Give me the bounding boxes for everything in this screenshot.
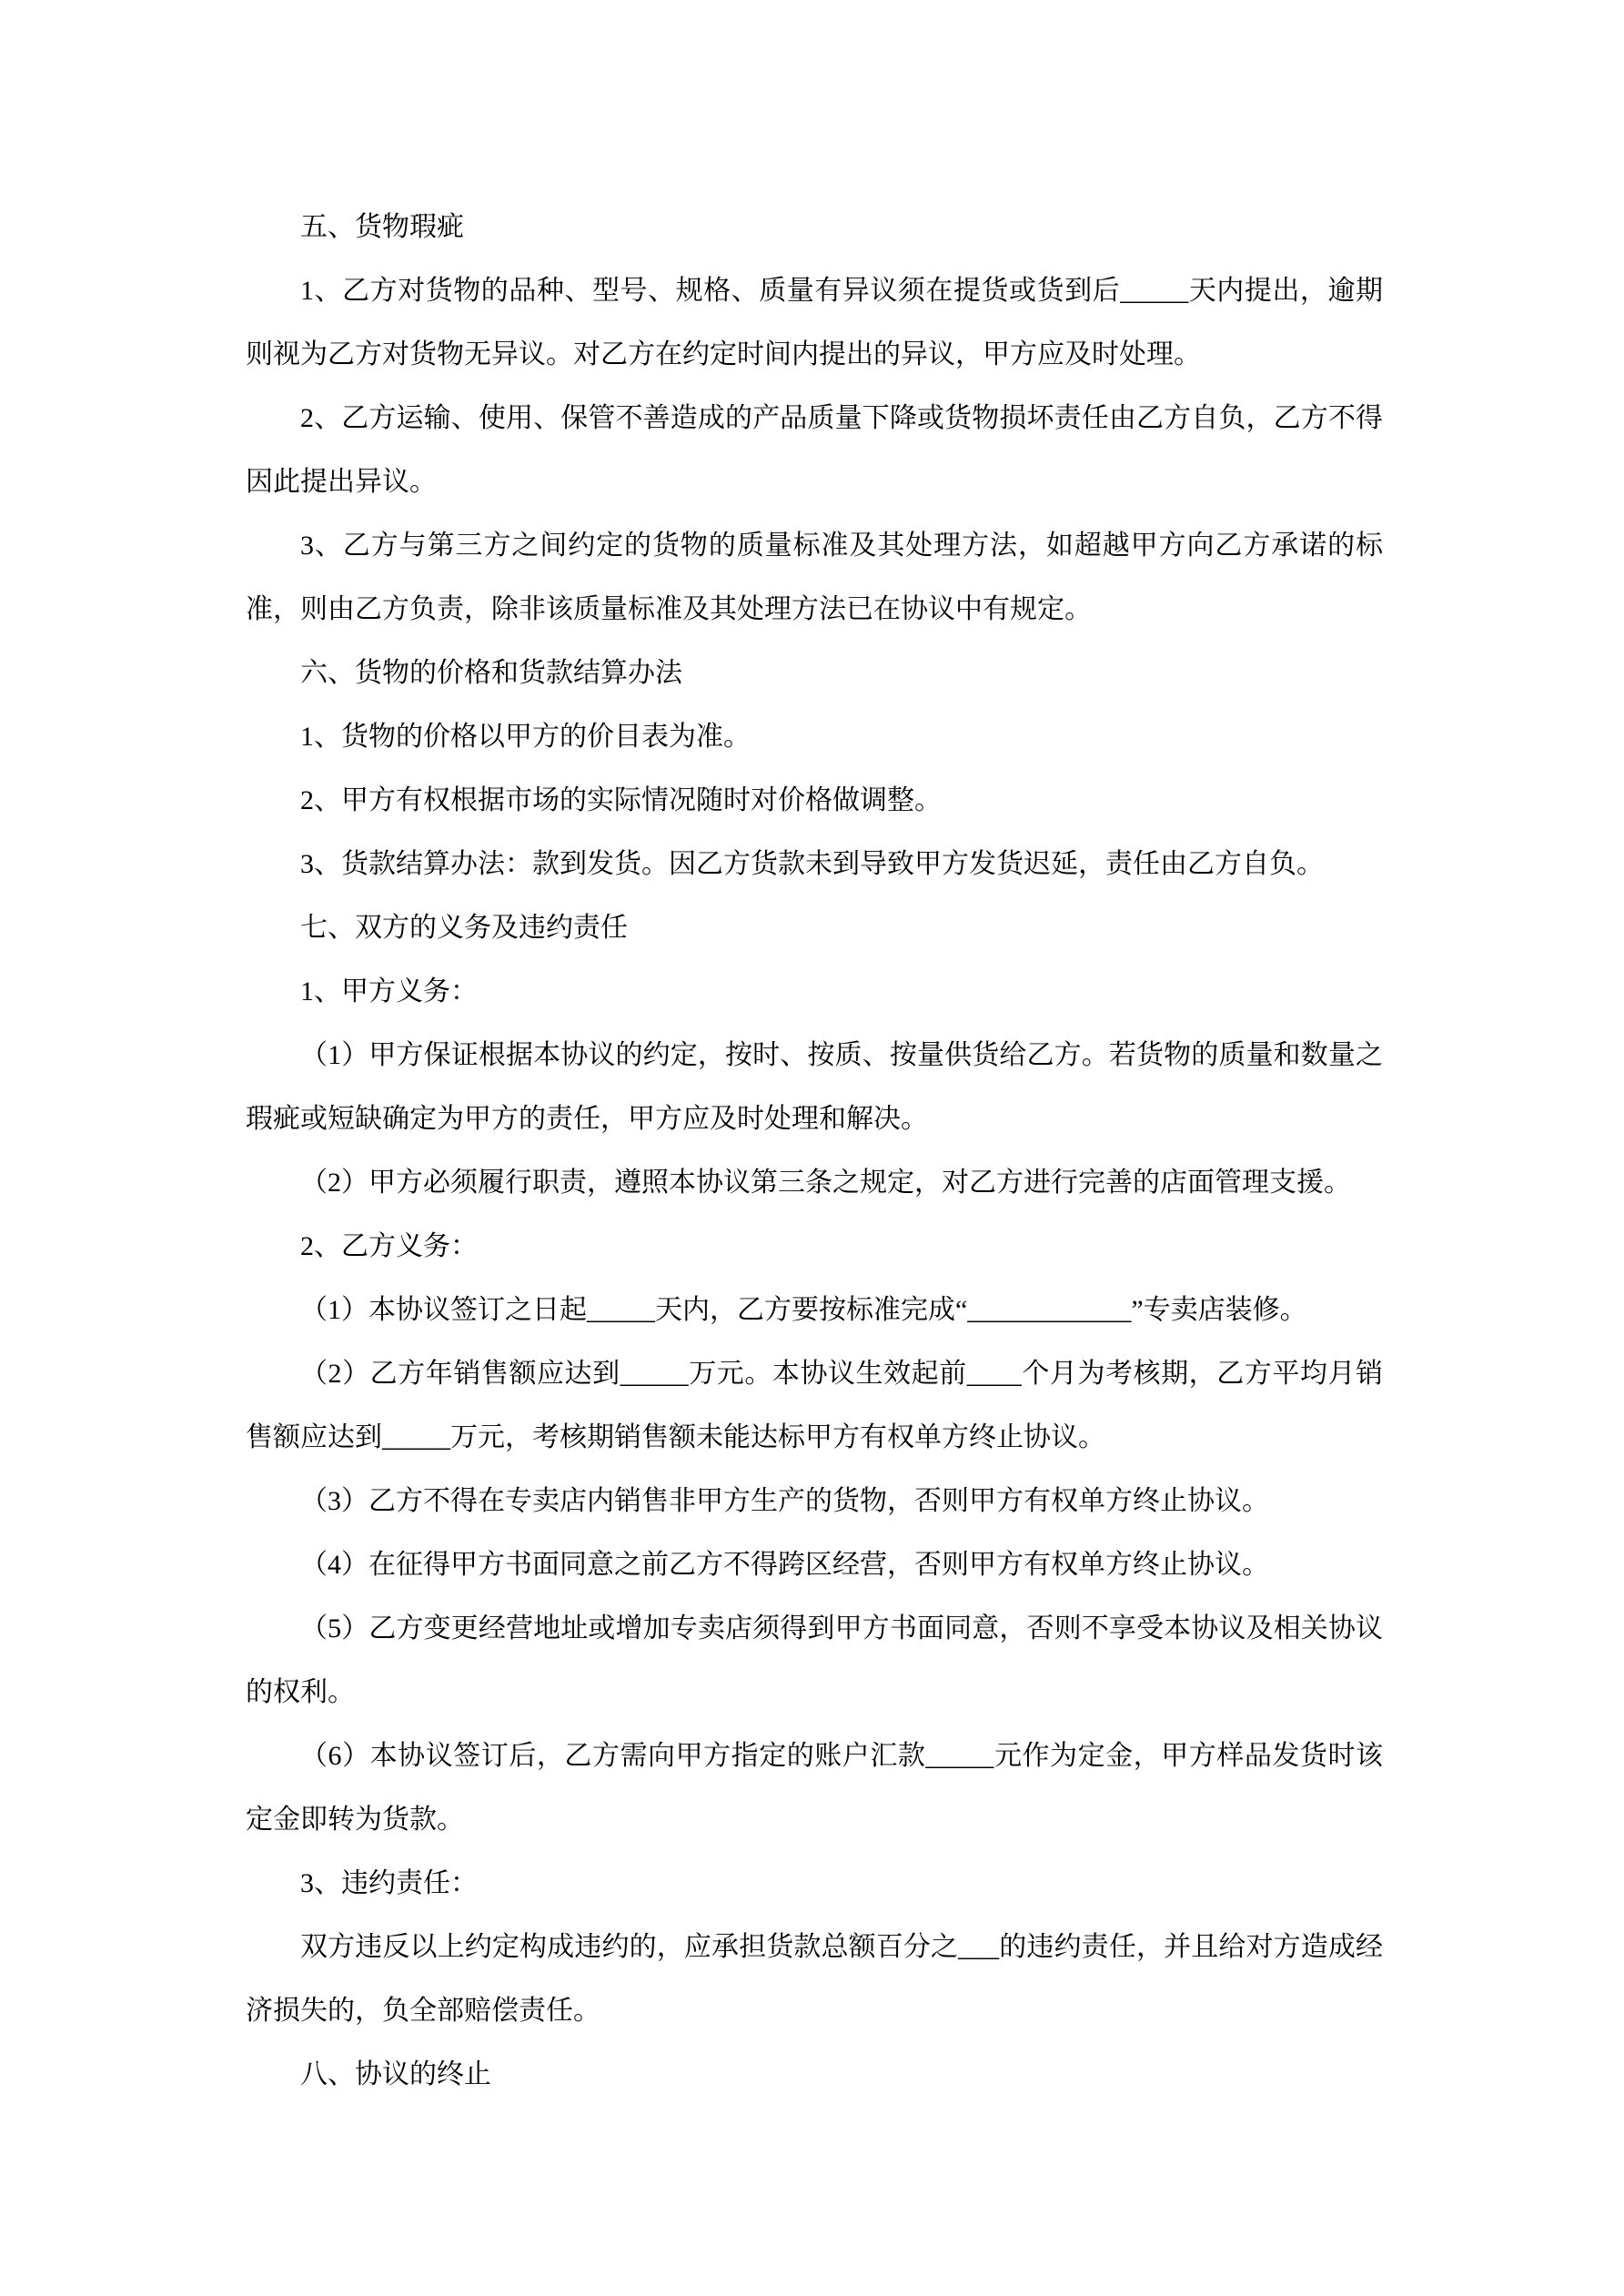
section-goods-defects: 五、货物瑕疵 1、乙方对货物的品种、型号、规格、质量有异议须在提货或货到后___… [246,196,1383,642]
contract-clause: 3、货款结算办法：款到发货。因乙方货款未到导致甲方发货迟延，责任由乙方自负。 [246,833,1383,896]
contract-clause: （1）甲方保证根据本协议的约定，按时、按质、按量供货给乙方。若货物的质量和数量之… [246,1024,1383,1151]
contract-clause: （2）甲方必须履行职责，遵照本协议第三条之规定，对乙方进行完善的店面管理支援。 [246,1151,1383,1215]
section-heading: 五、货物瑕疵 [246,196,1383,259]
contract-clause: （6）本协议签订后，乙方需向甲方指定的账户汇款_____元作为定金，甲方样品发货… [246,1725,1383,1852]
contract-clause: 1、乙方对货物的品种、型号、规格、质量有异议须在提货或货到后_____天内提出，… [246,259,1383,387]
section-heading: 六、货物的价格和货款结算办法 [246,642,1383,705]
section-heading: 八、协议的终止 [246,2043,1383,2107]
section-obligations-liability: 七、双方的义务及违约责任 1、甲方义务： （1）甲方保证根据本协议的约定，按时、… [246,896,1383,2043]
contract-clause: 双方违反以上约定构成违约的，应承担货款总额百分之___的违约责任，并且给对方造成… [246,1916,1383,2043]
contract-clause: 1、甲方义务： [246,960,1383,1024]
contract-clause: 1、货物的价格以甲方的价目表为准。 [246,705,1383,769]
contract-clause: （3）乙方不得在专卖店内销售非甲方生产的货物，否则甲方有权单方终止协议。 [246,1470,1383,1533]
contract-clause: 2、乙方运输、使用、保管不善造成的产品质量下降或货物损坏责任由乙方自负，乙方不得… [246,387,1383,514]
contract-clause: 2、甲方有权根据市场的实际情况随时对价格做调整。 [246,769,1383,833]
contract-clause: 2、乙方义务： [246,1215,1383,1279]
section-price-settlement: 六、货物的价格和货款结算办法 1、货物的价格以甲方的价目表为准。 2、甲方有权根… [246,642,1383,896]
contract-clause: （2）乙方年销售额应达到_____万元。本协议生效起前____个月为考核期，乙方… [246,1342,1383,1470]
contract-clause: 3、乙方与第三方之间约定的货物的质量标准及其处理方法，如超越甲方向乙方承诺的标准… [246,514,1383,642]
section-termination: 八、协议的终止 [246,2043,1383,2107]
contract-clause: （5）乙方变更经营地址或增加专卖店须得到甲方书面同意，否则不享受本协议及相关协议… [246,1597,1383,1725]
contract-clause: （4）在征得甲方书面同意之前乙方不得跨区经营，否则甲方有权单方终止协议。 [246,1533,1383,1597]
document-page: 五、货物瑕疵 1、乙方对货物的品种、型号、规格、质量有异议须在提货或货到后___… [0,0,1624,2296]
contract-clause: 3、违约责任： [246,1852,1383,1916]
section-heading: 七、双方的义务及违约责任 [246,896,1383,960]
contract-clause: （1）本协议签订之日起_____天内，乙方要按标准完成“____________… [246,1279,1383,1342]
